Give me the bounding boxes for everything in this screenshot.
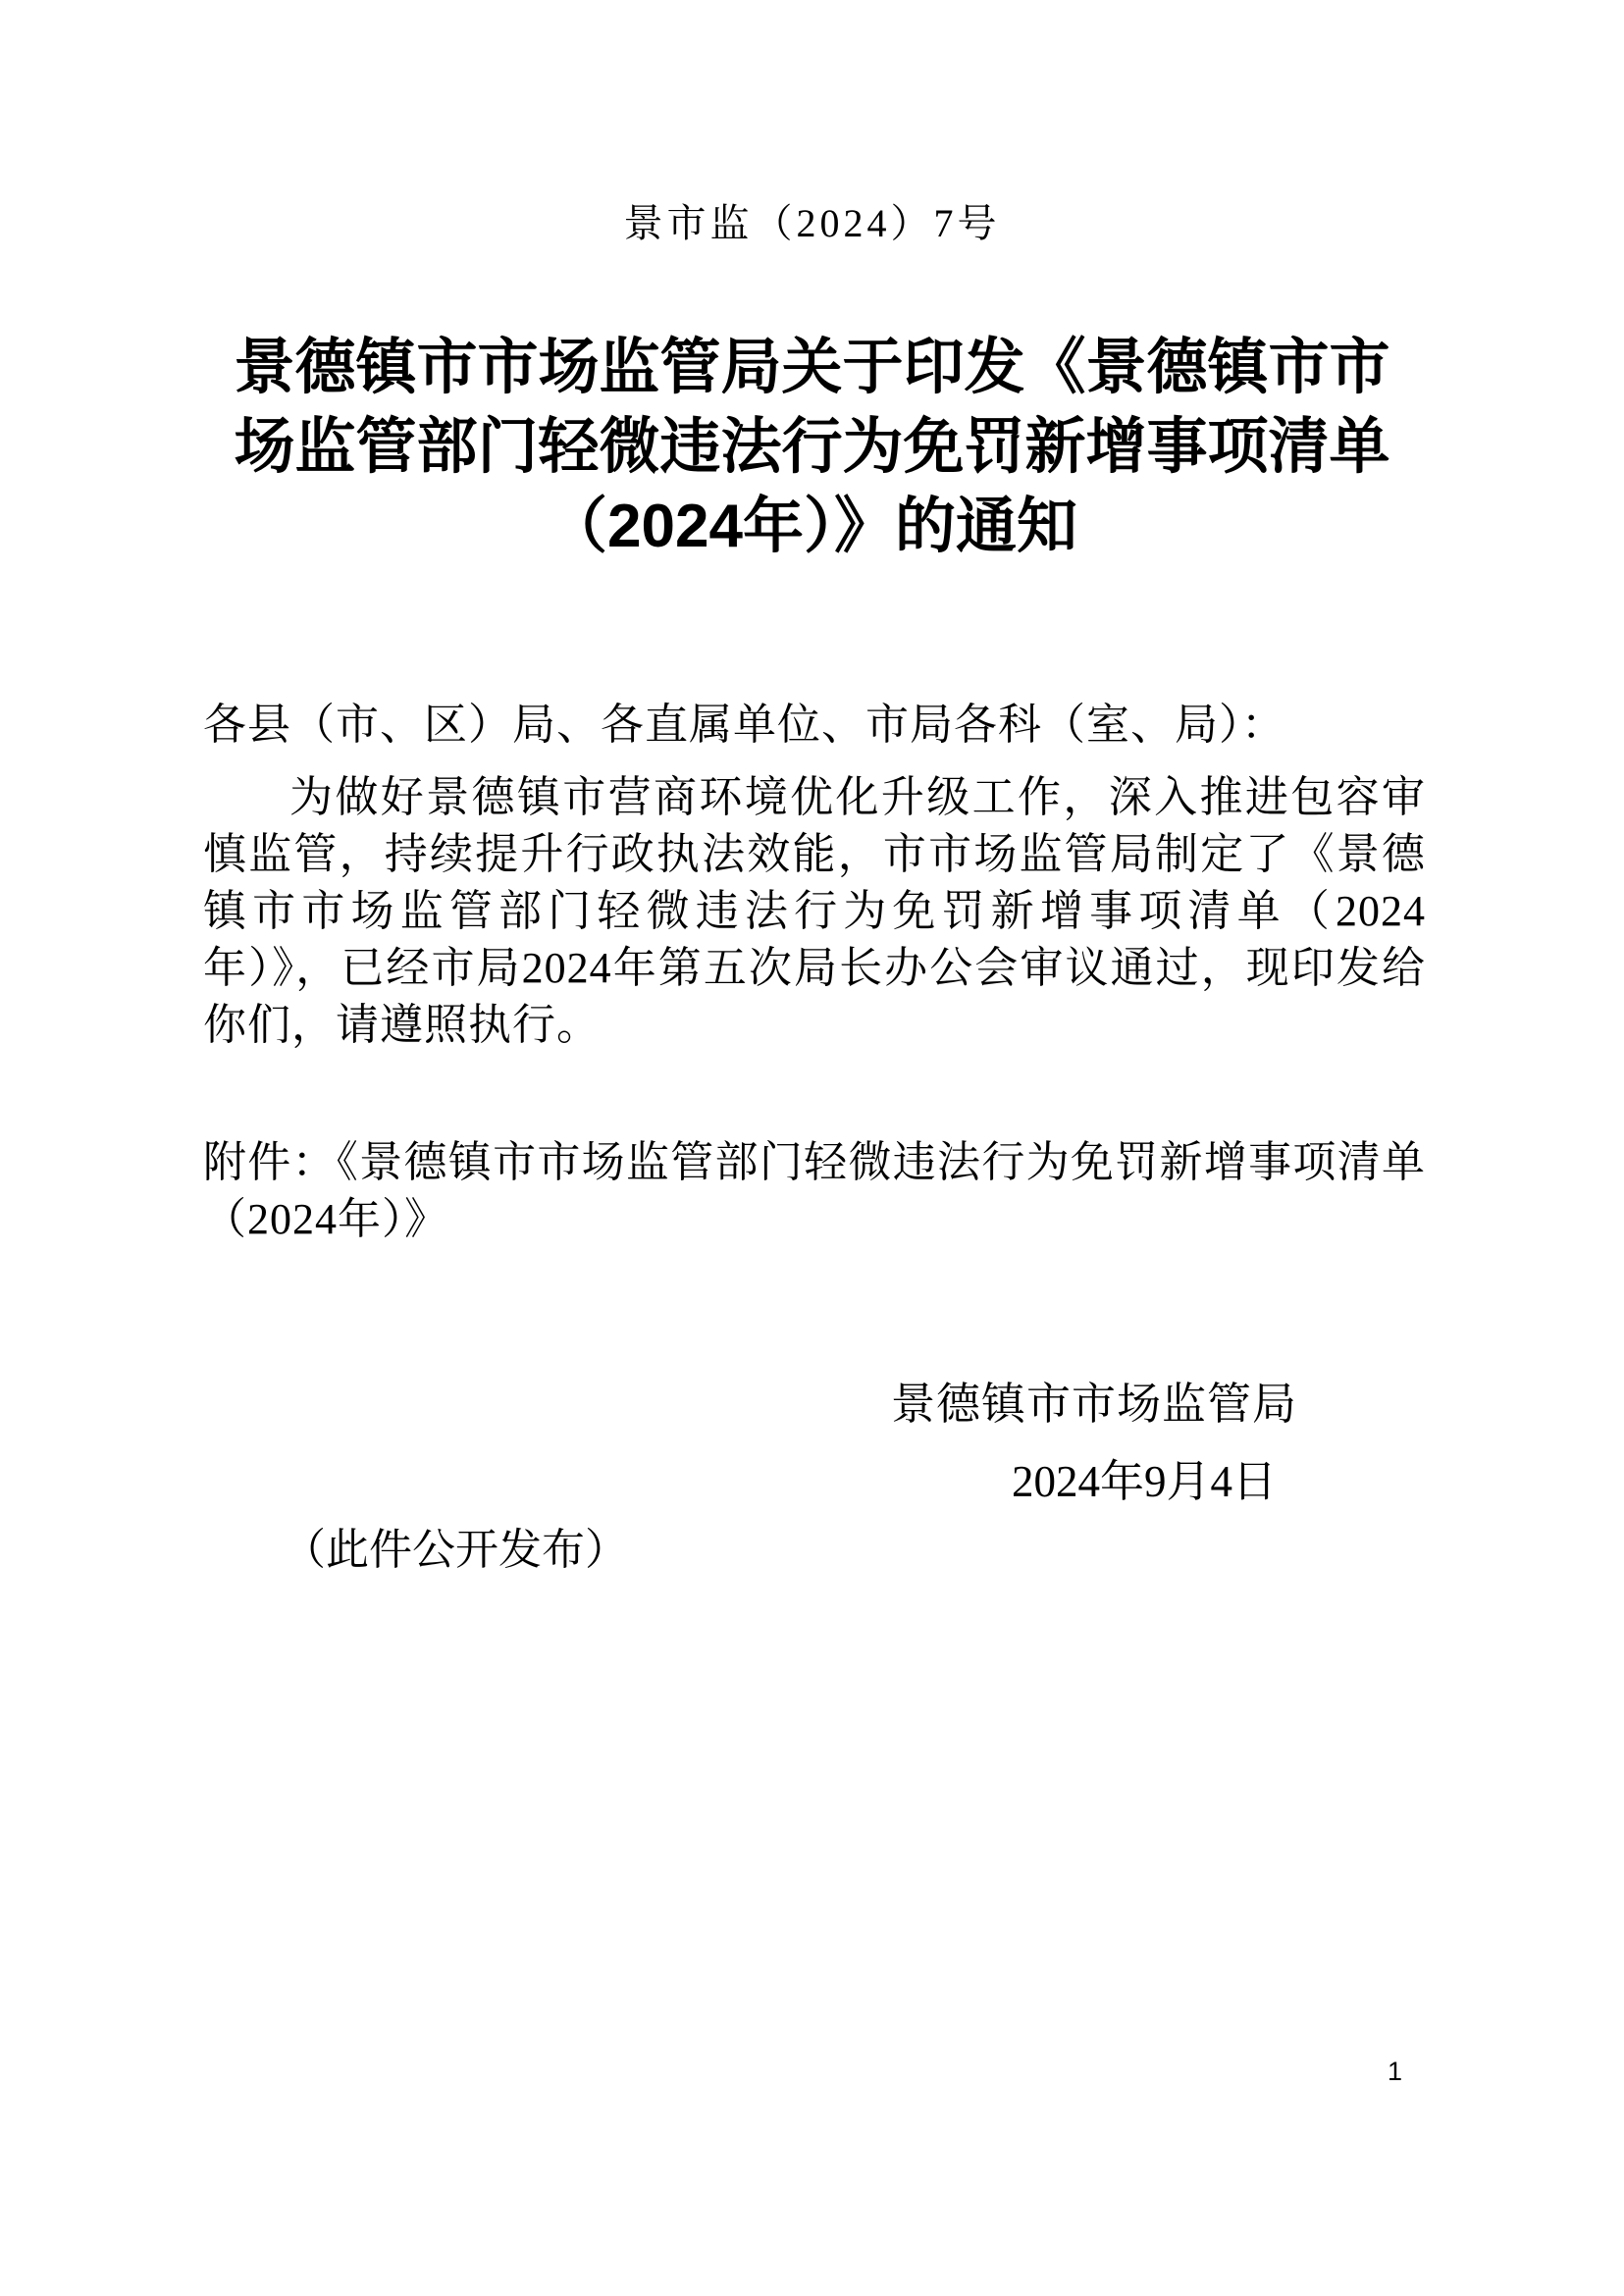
main-paragraph: 为做好景德镇市营商环境优化升级工作，深入推进包容审慎监管，持续提升行政执法效能，… [203, 769, 1426, 1054]
publish-note: （此件公开发布） [283, 1522, 628, 1579]
doc-title-line-3: （2024年）》的通知 [0, 487, 1624, 566]
document-page: 景市监（2024）7号 景德镇市市场监管局关于印发《景德镇市市 场监管部门轻微违… [0, 0, 1624, 2296]
doc-title-line-1: 景德镇市市场监管局关于印发《景德镇市市 [0, 328, 1624, 407]
salutation: 各县（市、区）局、各直属单位、市局各科（室、局）： [203, 697, 1426, 754]
page-number: 1 [1388, 2057, 1402, 2087]
issue-date: 2024年9月4日 [1012, 1453, 1277, 1510]
issuer-signature: 景德镇市市场监管局 [891, 1376, 1297, 1433]
doc-title: 景德镇市市场监管局关于印发《景德镇市市 场监管部门轻微违法行为免罚新增事项清单 … [0, 328, 1624, 566]
doc-number: 景市监（2024）7号 [0, 192, 1624, 248]
attachment-note: 附件：《景德镇市市场监管部门轻微违法行为免罚新增事项清单（2024年）》 [203, 1134, 1426, 1248]
doc-title-line-2: 场监管部门轻微违法行为免罚新增事项清单 [0, 407, 1624, 487]
body-text: 各县（市、区）局、各直属单位、市局各科（室、局）： 为做好景德镇市营商环境优化升… [203, 697, 1426, 1054]
